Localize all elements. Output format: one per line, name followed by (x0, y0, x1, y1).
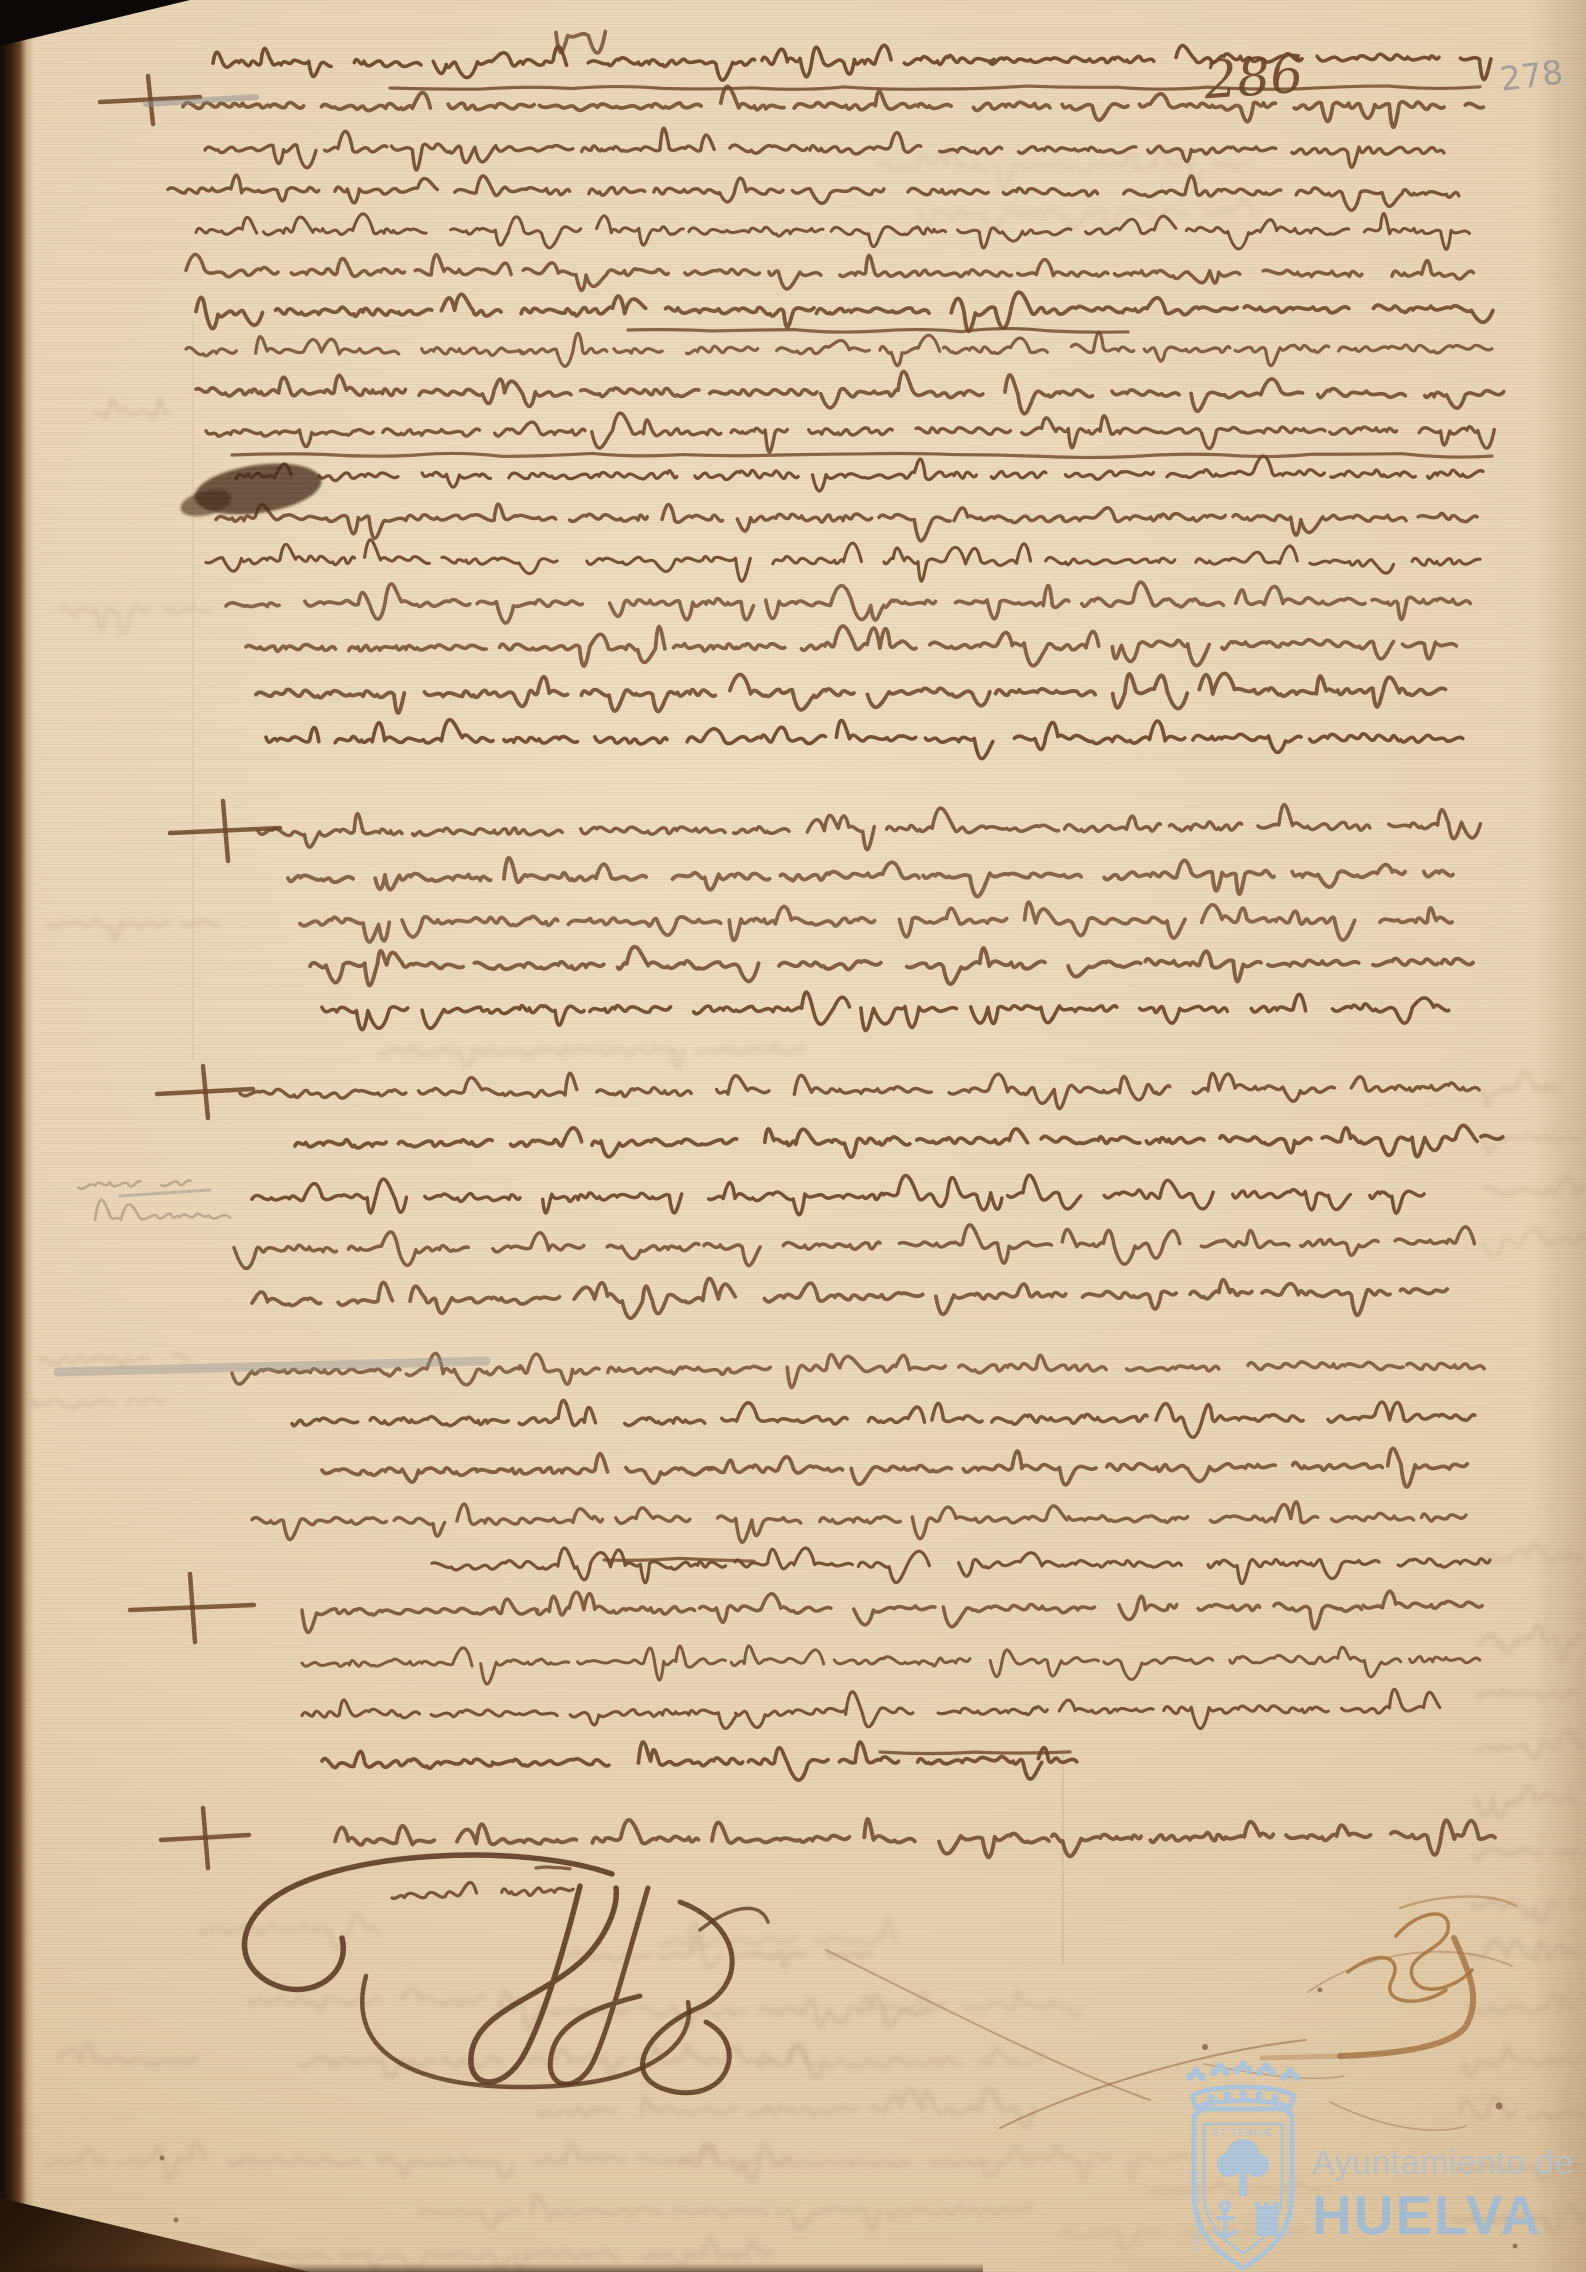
ink-text-lines (78, 32, 1504, 1899)
ink-stains (160, 320, 1518, 2249)
handwriting-layer (0, 0, 1586, 2272)
logo-motto-right: CUSTODIA (1284, 2182, 1294, 2238)
logo-motto-left: PORTUS MARIS (1192, 2169, 1202, 2252)
marks-and-flourishes (58, 76, 1516, 2093)
coat-of-arms-icon: ET TERRÆ PORTUS MARIS CUSTODIA (1178, 2060, 1308, 2272)
folio-number-ink: 286 (1202, 45, 1305, 112)
logo-org-line: Ayuntamiento de (1312, 2144, 1574, 2183)
folio-number-pencil: 278 (1498, 52, 1565, 98)
logo-motto-top: ET TERRÆ (1213, 2128, 1273, 2139)
logo-org-name: HUELVA (1312, 2183, 1574, 2247)
scan-edge-bottom (0, 2263, 983, 2272)
huelva-watermark-logo: ET TERRÆ PORTUS MARIS CUSTODIA Ayuntamie… (1178, 2060, 1586, 2272)
binding-edge (0, 0, 34, 2272)
logo-wordmark: Ayuntamiento de HUELVA (1312, 2144, 1574, 2247)
manuscript-scan: 286 278 (0, 0, 1586, 2272)
